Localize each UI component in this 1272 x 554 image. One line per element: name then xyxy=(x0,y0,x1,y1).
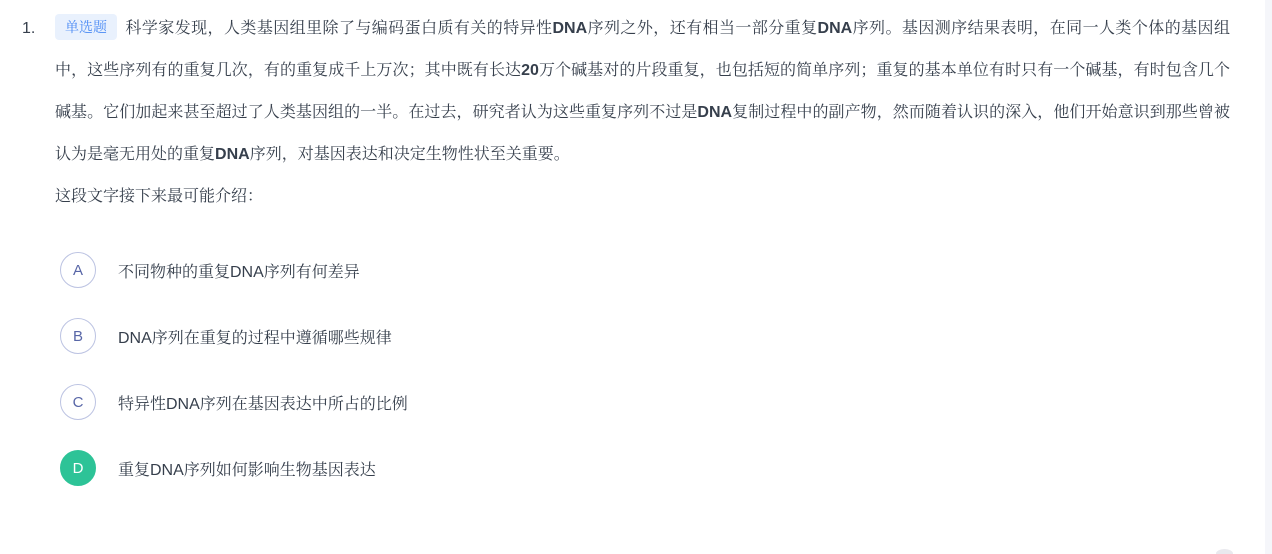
option-row-a[interactable]: A不同物种的重复DNA序列有何差异 xyxy=(60,252,1230,288)
question-passage: 单选题科学家发现，人类基因组里除了与编码蛋白质有关的特异性DNA序列之外，还有相… xyxy=(55,8,1230,176)
passage-keyword: DNA xyxy=(215,146,250,163)
option-row-d[interactable]: D重复DNA序列如何影响生物基因表达 xyxy=(60,450,1230,486)
option-text-b: DNA序列在重复的过程中遵循哪些规律 xyxy=(118,325,392,348)
option-letter-badge-a[interactable]: A xyxy=(60,252,96,288)
option-letter-badge-c[interactable]: C xyxy=(60,384,96,420)
passage-keyword: DNA xyxy=(697,104,732,121)
option-text-c: 特异性DNA序列在基因表达中所占的比例 xyxy=(118,391,408,414)
option-text-a: 不同物种的重复DNA序列有何差异 xyxy=(118,259,360,282)
partial-floating-element xyxy=(1216,549,1233,554)
question-type-badge: 单选题 xyxy=(55,14,117,40)
option-row-b[interactable]: BDNA序列在重复的过程中遵循哪些规律 xyxy=(60,318,1230,354)
passage-segment: 科学家发现，人类基因组里除了与编码蛋白质有关的特异性 xyxy=(125,20,552,37)
passage-keyword: DNA xyxy=(552,20,587,37)
question-prompt: 这段文字接下来最可能介绍： xyxy=(55,176,1230,218)
passage-segment: 序列，对基因表达和决定生物性状至关重要。 xyxy=(250,146,570,163)
passage-keyword: DNA xyxy=(818,20,853,37)
scrollbar-track[interactable] xyxy=(1265,0,1272,554)
options-list: A不同物种的重复DNA序列有何差异BDNA序列在重复的过程中遵循哪些规律C特异性… xyxy=(60,252,1230,486)
option-letter-badge-d[interactable]: D xyxy=(60,450,96,486)
passage-text: 科学家发现，人类基因组里除了与编码蛋白质有关的特异性DNA序列之外，还有相当一部… xyxy=(55,20,1230,163)
passage-keyword: 20 xyxy=(521,62,539,79)
question-body: 单选题科学家发现，人类基因组里除了与编码蛋白质有关的特异性DNA序列之外，还有相… xyxy=(55,8,1230,516)
question-block: 1. 单选题科学家发现，人类基因组里除了与编码蛋白质有关的特异性DNA序列之外，… xyxy=(22,8,1230,516)
option-text-d: 重复DNA序列如何影响生物基因表达 xyxy=(118,457,376,480)
question-number: 1. xyxy=(22,8,55,50)
option-row-c[interactable]: C特异性DNA序列在基因表达中所占的比例 xyxy=(60,384,1230,420)
option-letter-badge-b[interactable]: B xyxy=(60,318,96,354)
passage-segment: 序列之外，还有相当一部分重复 xyxy=(587,20,817,37)
